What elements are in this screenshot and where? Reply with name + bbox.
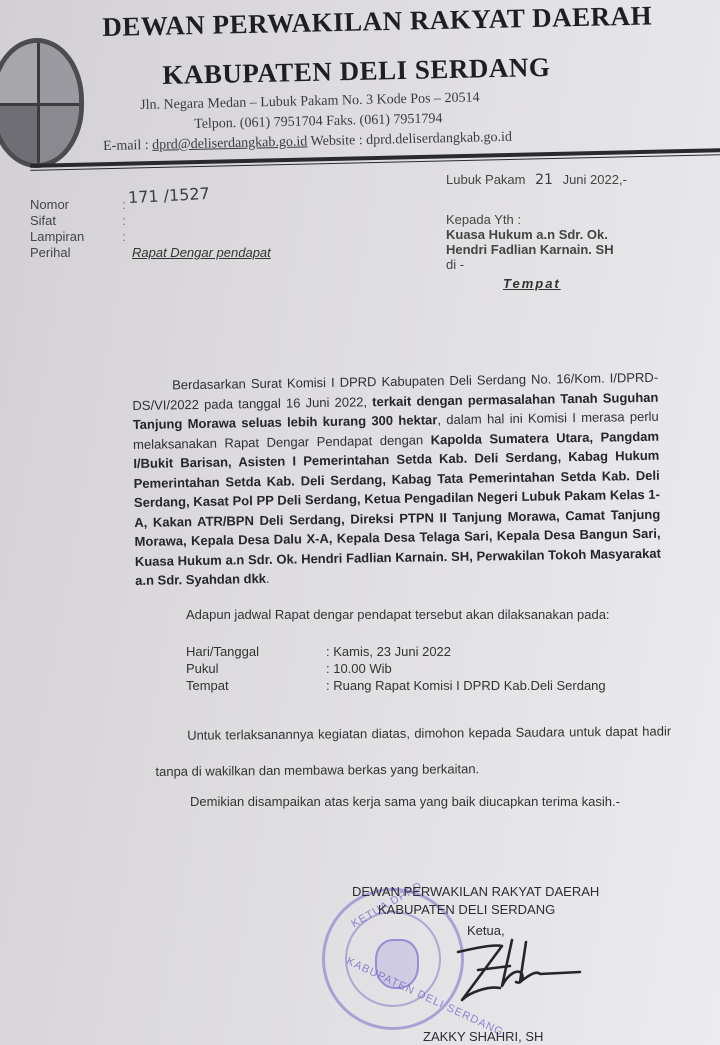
schedule-table: Hari/Tanggal : Kamis, 23 Juni 2022 Pukul…	[186, 643, 606, 694]
date-month-year: Juni 2022,-	[563, 172, 627, 187]
schedule-intro: Adapun jadwal Rapat dengar pendapat ters…	[186, 607, 610, 622]
schedule-row: Pukul : 10.00 Wib	[186, 660, 606, 677]
recipient-di: di -	[446, 257, 614, 272]
meta-colons: : : :	[122, 197, 126, 261]
website-label: Website :	[310, 133, 362, 149]
letterhead-title: DEWAN PERWAKILAN RAKYAT DAERAH	[102, 0, 652, 43]
schedule-value: : Ruang Rapat Komisi I DPRD Kab.Deli Ser…	[326, 677, 606, 694]
label-nomor: Nomor	[30, 197, 84, 213]
kepada-label: Kepada Yth :	[446, 212, 614, 227]
schedule-label: Hari/Tanggal	[186, 643, 326, 660]
signatory-name: ZAKKY SHAHRI, SH	[423, 1028, 543, 1045]
p3-text: Untuk terlaksanannya kegiatan diatas, di…	[155, 723, 671, 779]
closing-paragraph: Demikian disampaikan atas kerja sama yan…	[190, 794, 620, 809]
letterhead-subtitle: KABUPATEN DELI SERDANG	[162, 52, 551, 91]
label-lampiran: Lampiran	[30, 229, 84, 245]
letterhead-phone: Telpon. (061) 7951704 Faks. (061) 795179…	[194, 111, 443, 133]
recipient-block: Kepada Yth : Kuasa Hukum a.n Sdr. Ok. He…	[446, 212, 614, 272]
nomor-value: 171 /1527	[128, 184, 211, 207]
schedule-row: Hari/Tanggal : Kamis, 23 Juni 2022	[186, 643, 606, 660]
p1-text-e: .	[266, 571, 270, 586]
signature-org-1: DEWAN PERWAKILAN RAKYAT DAERAH	[352, 883, 599, 901]
letter-date: Lubuk Pakam 21 Juni 2022,-	[446, 172, 627, 188]
schedule-label: Tempat	[186, 677, 326, 694]
label-sifat: Sifat	[30, 213, 84, 229]
handwritten-signature-icon	[440, 930, 590, 1020]
meta-labels: Nomor Sifat Lampiran Perihal	[30, 197, 84, 261]
colon: :	[122, 229, 126, 245]
label-perihal: Perihal	[30, 245, 84, 261]
colon: :	[122, 197, 126, 213]
coat-of-arms-logo-icon	[0, 38, 84, 168]
letterhead-contact: E-mail : dprd@deliserdangkab.go.id Websi…	[103, 130, 512, 155]
email-label: E-mail :	[103, 138, 149, 154]
schedule-label: Pukul	[186, 660, 326, 677]
recipient-line1: Kuasa Hukum a.n Sdr. Ok.	[446, 227, 614, 242]
signature-org-2: KABUPATEN DELI SERDANG	[378, 901, 555, 919]
date-place: Lubuk Pakam	[446, 172, 526, 187]
colon: :	[122, 213, 126, 229]
website-link[interactable]: dprd.deliserdangkab.go.id	[366, 130, 512, 148]
date-day: 21	[535, 172, 553, 188]
letterhead-address: Jln. Negara Medan – Lubuk Pakam No. 3 Ko…	[140, 90, 480, 114]
email-link[interactable]: dprd@deliserdangkab.go.id	[152, 134, 308, 153]
p1-text-d: Kapolda Sumatera Utara, Pangdam I/Bukit …	[133, 428, 661, 588]
body-paragraph-1: Berdasarkan Surat Komisi I DPRD Kabupate…	[132, 368, 661, 591]
recipient-line2: Hendri Fadlian Karnain. SH	[446, 242, 614, 257]
recipient-tempat: Tempat	[503, 276, 561, 291]
schedule-value: : 10.00 Wib	[326, 660, 392, 677]
schedule-value: : Kamis, 23 Juni 2022	[326, 643, 451, 660]
perihal-value: Rapat Dengar pendapat	[132, 245, 271, 260]
schedule-row: Tempat : Ruang Rapat Komisi I DPRD Kab.D…	[186, 677, 606, 694]
body-paragraph-3: Untuk terlaksanannya kegiatan diatas, di…	[155, 713, 672, 790]
